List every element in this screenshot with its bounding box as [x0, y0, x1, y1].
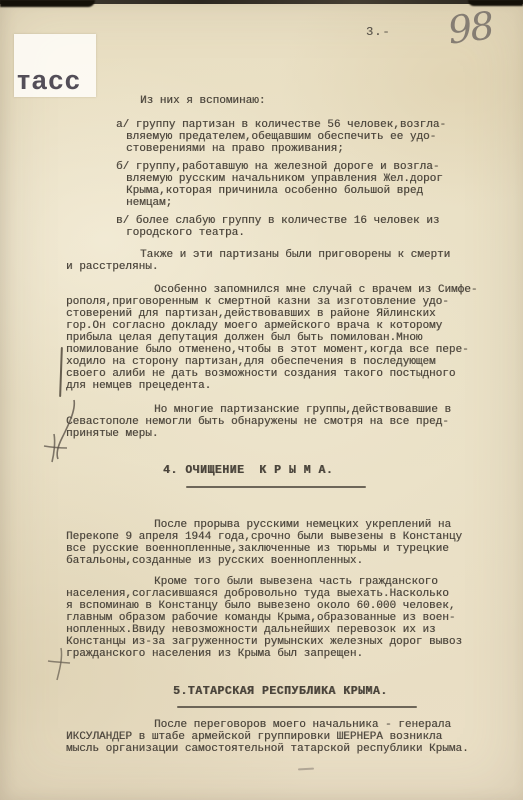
- paragraph-sevastopol-groups: Но многие партизанские группы,действовав…: [66, 404, 506, 440]
- margin-flourish-cross-mark: [40, 396, 80, 466]
- text-line: главным образом рабочие команды Крыма,об…: [66, 612, 506, 624]
- handwritten-page-number: 98: [445, 3, 494, 52]
- text-line: батальоны,созданные из русских военнопле…: [66, 555, 506, 567]
- text-line: стоверениями на право проживания;: [66, 143, 506, 155]
- text-line: гор.Он согласно докладу моего армейского…: [66, 320, 506, 332]
- margin-plus-mark: [46, 646, 72, 684]
- section-heading-text: 4. ОЧИЩЕНИЕ К Р Ы М А.: [66, 465, 506, 477]
- text-line: помилование было отменено,чтобы в этот м…: [66, 344, 506, 356]
- text-line: Из них я вспоминаю:: [66, 95, 506, 107]
- text-line: После переговоров моего начальника - ген…: [66, 719, 506, 731]
- text-line: принятые меры.: [66, 428, 506, 440]
- text-line: все русские военнопленные,заключенные из…: [66, 543, 506, 555]
- text-line: вляемую предателем,обещавшим обеспечить …: [66, 131, 506, 143]
- text-line: вляемую русским начальником управления Ж…: [66, 173, 506, 185]
- list-item-a: а/ группу партизан в количестве 56 челов…: [66, 119, 506, 155]
- intro-paragraph: Из них я вспоминаю:: [66, 95, 506, 107]
- text-line: После прорыва русскими немецких укреплен…: [66, 519, 506, 531]
- document-body: Из них я вспоминаю: а/ группу партизан в…: [66, 95, 506, 755]
- text-line: б/ группу,работавшую на железной дороге …: [66, 161, 506, 173]
- text-line: гражданского населения из Крыма был запр…: [66, 648, 506, 660]
- paragraph-doctor-case: Особенно запомнился мне случай с врачем …: [66, 284, 506, 392]
- tass-watermark: тасс: [14, 34, 96, 97]
- text-line: Кроме того были вывезена часть гражданск…: [66, 576, 506, 588]
- paragraph-sentenced: Также и эти партизаны были приговорены к…: [66, 249, 506, 273]
- text-line: Особенно запомнился мне случай с врачем …: [66, 284, 506, 296]
- text-line: Крыма,которая причинила особенно большой…: [66, 185, 506, 197]
- text-line: Перекопе 9 апреля 1944 года,срочно были …: [66, 531, 506, 543]
- heading-underline: [177, 706, 417, 708]
- text-line: городского театра.: [66, 227, 506, 239]
- text-line: прибыла целая депутация должен был быть …: [66, 332, 506, 344]
- section-heading-text: 5.ТАТАРСКАЯ РЕСПУБЛИКА КРЫМА.: [66, 686, 506, 698]
- section-heading-5: 5.ТАТАРСКАЯ РЕСПУБЛИКА КРЫМА.: [66, 686, 506, 708]
- list-item-v: в/ более слабую группу в количестве 16 ч…: [66, 215, 506, 239]
- text-line: Но многие партизанские группы,действовав…: [66, 404, 506, 416]
- text-line: рополя,приговоренным к смертной казни за…: [66, 296, 506, 308]
- heading-underline: [186, 486, 366, 488]
- paragraph-tatar-republic: После переговоров моего начальника - ген…: [66, 719, 506, 755]
- text-line: я вспоминаю в Констанцу было вывезено ок…: [66, 600, 506, 612]
- text-line: Констанцы из-за загруженности румынских …: [66, 636, 506, 648]
- paragraph-civilians: Кроме того были вывезена часть гражданск…: [66, 576, 506, 660]
- text-line: для немцев прецедента.: [66, 380, 506, 392]
- text-line: в/ более слабую группу в количестве 16 ч…: [66, 215, 506, 227]
- tass-watermark-label: тасс: [17, 68, 81, 94]
- text-line: и расстреляны.: [66, 261, 506, 273]
- text-line: Также и эти партизаны были приговорены к…: [66, 249, 506, 261]
- text-line: немцам;: [66, 197, 506, 209]
- text-line: нопленных.Ввиду невозможности дальнейших…: [66, 624, 506, 636]
- text-line: ИКСУЛАНДЕР в штабе армейской группировки…: [66, 731, 506, 743]
- text-line: населения,согласившаяся добровольно туда…: [66, 588, 506, 600]
- text-line: стоверений для партизан,действовавших в …: [66, 308, 506, 320]
- page-number: 3.-: [366, 25, 391, 39]
- text-line: мысль организации самостоятельной татарс…: [66, 743, 506, 755]
- paragraph-evacuation: После прорыва русскими немецких укреплен…: [66, 519, 506, 567]
- text-line: ходило на сторону партизан,для обеспечен…: [66, 356, 506, 368]
- list-item-b: б/ группу,работавшую на железной дороге …: [66, 161, 506, 209]
- text-line: своего алиби не дать возможности создани…: [66, 368, 506, 380]
- scan-edge-top-left: [0, 0, 95, 7]
- text-line: а/ группу партизан в количестве 56 челов…: [66, 119, 506, 131]
- text-line: Севастополе немогли быть обнаружены не с…: [66, 416, 506, 428]
- section-heading-4: 4. ОЧИЩЕНИЕ К Р Ы М А.: [66, 465, 506, 488]
